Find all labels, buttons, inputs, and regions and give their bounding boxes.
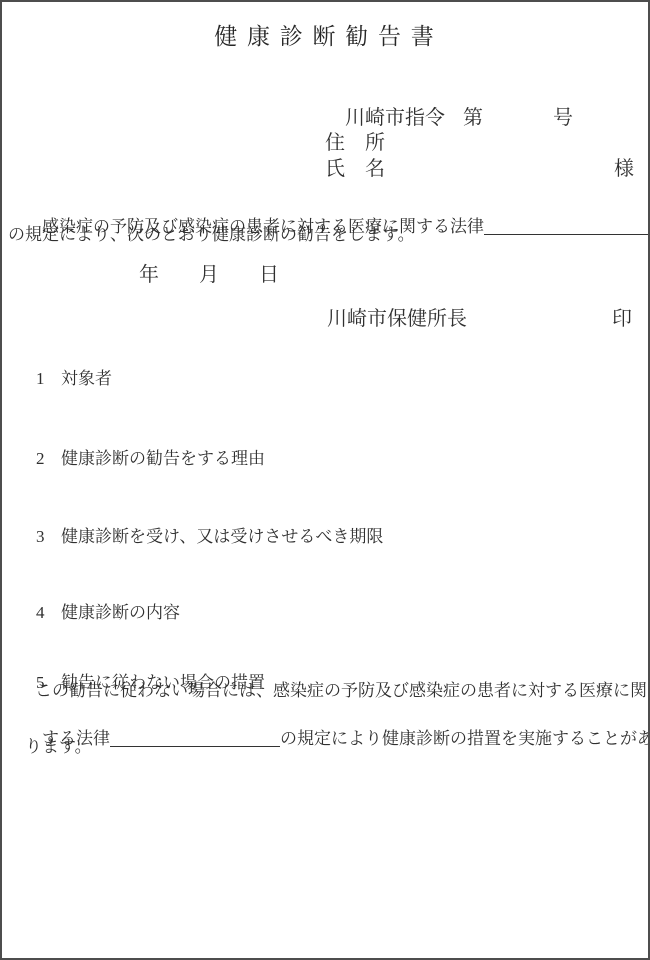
law-name-blank-field — [484, 233, 650, 235]
item-number: 3 — [36, 527, 61, 547]
recipient-honorific: 様 — [614, 152, 634, 181]
item-2-reason: 2健康診断の勧告をする理由 — [19, 424, 265, 489]
item-label: 健康診断を受け、又は受けさせるべき期限 — [61, 527, 383, 546]
item-label: 健康診断の勧告をする理由 — [61, 449, 265, 468]
item-3-deadline: 3健康診断を受け、又は受けさせるべき期限 — [19, 502, 383, 567]
directive-number-dai: 第 — [463, 107, 483, 129]
item-4-contents: 4健康診断の内容 — [19, 578, 180, 643]
item-5-body-line2: する法律の規定により健康診断の措置を実施することがあ — [25, 704, 650, 769]
item-number: 2 — [36, 449, 61, 469]
seal-mark: 印 — [612, 302, 632, 331]
item-1-subject: 1対象者 — [19, 344, 112, 409]
item-5-body-line3: ります。 — [25, 732, 92, 757]
item-5-body-line1: この勧告に従わない場合には、感染症の予防及び感染症の患者に対する医療に関 — [35, 676, 647, 701]
issuer-title: 川崎市保健所長 — [327, 302, 467, 331]
directive-number-go: 号 — [553, 107, 573, 129]
item-5-body-line2-after: の規定により健康診断の措置を実施することがあ — [280, 729, 650, 748]
item-number: 1 — [36, 369, 61, 389]
document-title: 健 康 診 断 勧 告 書 — [2, 18, 648, 51]
intro-paragraph-line2: の規定により、次のとおり健康診断の勧告をします。 — [8, 220, 415, 245]
health-exam-recommendation-form: 健 康 診 断 勧 告 書 川崎市指令第号 住 所 氏 名 様 感染症の予防及び… — [0, 0, 650, 960]
item-label: 対象者 — [61, 369, 112, 388]
item-number: 4 — [36, 603, 61, 623]
law-name-blank-field-2 — [110, 745, 280, 747]
recipient-name-line: 氏 名 様 — [2, 152, 650, 176]
date-line: 年 月 日 — [139, 258, 279, 287]
item-label: 健康診断の内容 — [61, 603, 180, 622]
recipient-name-label: 氏 名 — [325, 152, 385, 181]
issuer-signature-line: 川崎市保健所長 印 — [2, 302, 650, 326]
recipient-address-label: 住 所 — [325, 126, 385, 155]
